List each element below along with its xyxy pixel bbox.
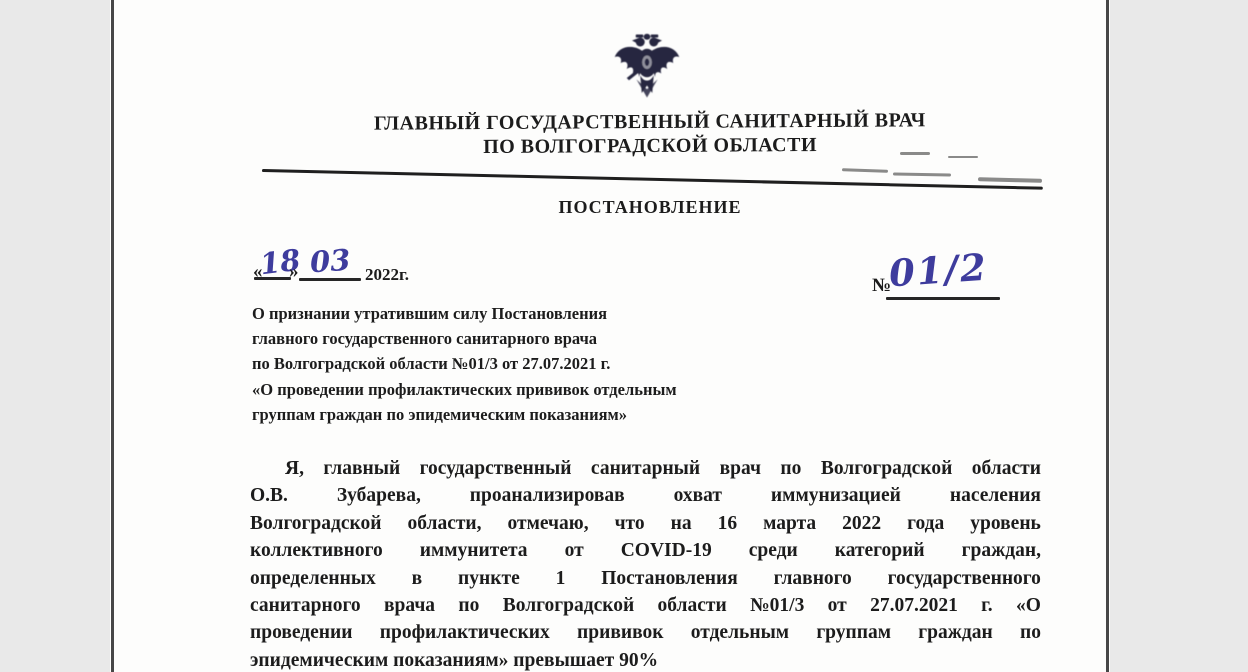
- subject-line: группам граждан по эпидемическим показан…: [252, 402, 772, 427]
- body-line: санитарноговрачапоВолгоградскойобласти№0…: [250, 592, 1041, 619]
- day-underline: [254, 277, 291, 280]
- document-title: ПОСТАНОВЛЕНИЕ: [255, 197, 1045, 218]
- letterhead-line2: ПО ВОЛГОГРАДСКОЙ ОБЛАСТИ: [255, 132, 1045, 161]
- body-line: эпидемическим показаниям» превышает 90%: [250, 647, 1041, 672]
- body-line: проведениипрофилактическихпрививокотдель…: [250, 619, 1041, 646]
- scanned-document: ГЛАВНЫЙ ГОСУДАРСТВЕННЫЙ САНИТАРНЫЙ ВРАЧ …: [0, 0, 1248, 672]
- year-label: 2022г.: [365, 265, 409, 285]
- coat-of-arms-eagle-icon: [608, 30, 686, 108]
- scan-smudge: [842, 168, 888, 173]
- body-line: Волгоградскойобласти,отмечаю,чтона16март…: [250, 510, 1041, 537]
- document-page: ГЛАВНЫЙ ГОСУДАРСТВЕННЫЙ САНИТАРНЫЙ ВРАЧ …: [0, 0, 1248, 672]
- body-paragraph: Я,главныйгосударственныйсанитарныйврачпо…: [250, 455, 1041, 672]
- scan-smudge: [948, 156, 978, 158]
- body-line: коллективногоиммунитетаотCOVID-19средика…: [250, 537, 1041, 564]
- scan-smudge: [978, 177, 1042, 183]
- body-line: О.В.Зубарева,проанализировавохватиммуниз…: [250, 482, 1041, 509]
- handwritten-number: 01/2: [888, 245, 990, 296]
- body-line: Я,главныйгосударственныйсанитарныйврачпо…: [250, 455, 1041, 482]
- scan-smudge: [900, 152, 930, 155]
- number-underline: [886, 297, 1000, 300]
- date-line: « 18 » 03 2022г.: [253, 244, 473, 294]
- subject-block: О признании утратившим силу Постановлени…: [252, 301, 772, 427]
- subject-line: «О проведении профилактических прививок …: [252, 377, 772, 402]
- handwritten-month: 03: [309, 243, 352, 280]
- scan-smudge: [893, 172, 951, 176]
- number-line: № 01/2: [872, 250, 1032, 310]
- subject-line: О признании утратившим силу Постановлени…: [252, 301, 772, 326]
- subject-line: по Волгоградской области №01/3 от 27.07.…: [252, 351, 772, 376]
- number-sign: №: [872, 275, 891, 297]
- subject-line: главного государственного санитарного вр…: [252, 326, 772, 351]
- month-underline: [299, 278, 361, 281]
- body-line: определенныхвпункте1Постановленияглавног…: [250, 565, 1041, 592]
